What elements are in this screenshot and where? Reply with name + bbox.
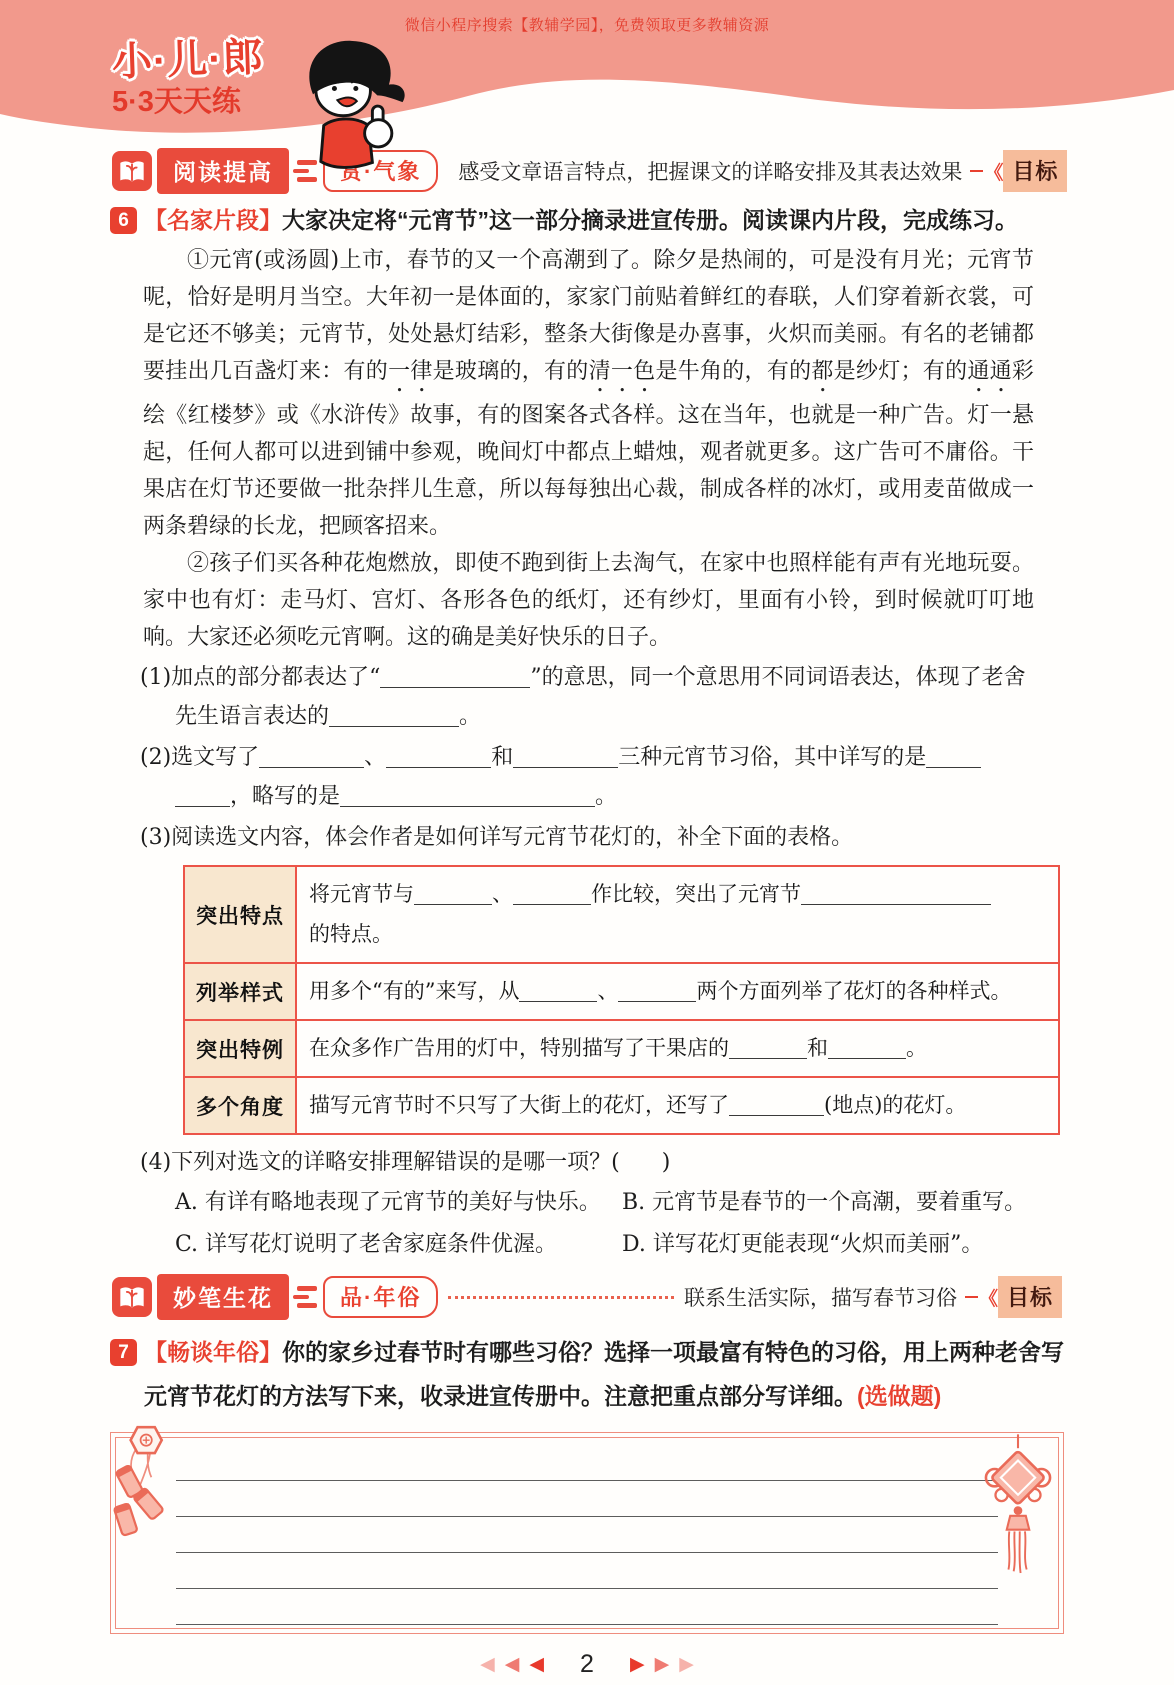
writing-line[interactable] [176,1480,998,1481]
section-header-reading: 阅读提高 赏·气象 感受文章语言特点，把握课文的详略安排及其表达效果 目标 [112,148,1062,194]
top-notice: 微信小程序搜索【教辅学园】，免费领取更多教辅资源 [0,14,1174,35]
blank[interactable] [618,977,696,1002]
blank[interactable] [828,1034,906,1059]
workbook-page: 微信小程序搜索【教辅学园】，免费领取更多教辅资源 小·儿·郎 5·3天天练 [0,0,1174,1685]
brand-name: 小·儿·郎 [111,37,264,82]
connector-bars-icon [293,1286,317,1308]
writing-line[interactable] [176,1624,998,1625]
section-goal: 联系生活实际，描写春节习俗 [684,1282,957,1312]
prev-page-icon [480,1655,495,1674]
emphasized-word: 通通 [967,359,1012,384]
brand-logo: 小·儿·郎 5·3天天练 [112,40,264,117]
optional-note: (选做题) [857,1383,941,1409]
table-row: 突出特点 将元宵节与、作比较，突出了元宵节 的特点。 [184,866,1059,963]
blank[interactable] [513,880,591,905]
question-7-stem: 7【畅谈年俗】你的家乡过春节时有哪些习俗？选择一项最富有特色的习俗，用上两种老舍… [110,1330,1066,1418]
page-footer: 2 [0,1650,1174,1679]
book-icon [112,1277,152,1317]
prev-page-icon [529,1655,544,1674]
blank[interactable] [729,1091,824,1116]
next-page-icon [679,1655,694,1674]
table-row: 列举样式 用多个“有的”来写，从、两个方面列举了花灯的各种样式。 [184,963,1059,1020]
goal-arrow-icon [965,1284,995,1311]
goal-badge: 目标 [998,1276,1062,1318]
row-header: 突出特点 [184,866,296,963]
blank[interactable] [926,743,981,768]
options-row-ab: A. 有详有略地表现了元宵节的美好与快乐。 B. 元宵节是春节的一个高潮，要着重… [175,1182,1064,1224]
table-row: 多个角度 描写元宵节时不只写了大街上的花灯，还写了(地点)的花灯。 [184,1077,1059,1134]
blank[interactable] [414,880,492,905]
goal-badge: 目标 [1003,150,1067,192]
series-name: 5·3天天练 [112,88,264,117]
writing-line[interactable] [176,1588,998,1589]
blank[interactable] [386,743,491,768]
blank[interactable] [175,782,230,807]
emphasized-word: 都 [811,359,833,384]
next-page-icon [655,1655,670,1674]
blank[interactable] [513,743,618,768]
chinese-knot-decoration-icon [979,1429,1057,1587]
writing-line[interactable] [176,1516,998,1517]
row-header: 多个角度 [184,1077,296,1134]
question-7-number: 7 [110,1339,137,1366]
emphasized-word: 清一色 [589,359,656,384]
blank[interactable] [380,663,530,688]
writing-line[interactable] [176,1552,998,1553]
option-b: B. 元宵节是春节的一个高潮，要着重写。 [622,1182,1026,1224]
blank[interactable] [801,880,991,905]
analysis-table: 突出特点 将元宵节与、作比较，突出了元宵节 的特点。 列举样式 用多个“有的”来… [183,865,1060,1135]
options-row-cd: C. 详写花灯说明了老舍家庭条件优渥。 D. 详写花灯更能表现“火炽而美丽”。 [175,1224,1064,1266]
option-a: A. 有详有略地表现了元宵节的美好与快乐。 [175,1182,622,1224]
prev-page-icon [505,1655,520,1674]
sub-question-4: (4)下列对选文的详略安排理解错误的是哪一项？() [140,1143,1064,1182]
blank[interactable] [729,1034,807,1059]
writing-area[interactable] [110,1432,1064,1634]
question-6-number: 6 [110,207,137,234]
dotted-leader [448,1296,674,1299]
section-title: 阅读提高 [157,148,289,194]
firecracker-decoration-icon [103,1421,198,1556]
question-7-label: 【畅谈年俗】 [144,1339,282,1365]
question-6-stem: 6【名家片段】大家决定将“元宵节”这一部分摘录进宣传册。阅读课内片段，完成练习。 [110,204,1066,236]
writing-area-inner[interactable] [115,1437,1059,1629]
blank[interactable] [519,977,597,1002]
option-d: D. 详写花灯更能表现“火炽而美丽”。 [622,1224,983,1266]
page-header: 微信小程序搜索【教辅学园】，免费领取更多教辅资源 小·儿·郎 5·3天天练 [0,0,1174,146]
q4-answer-slot[interactable] [620,1149,662,1169]
sub-question-3: (3)阅读选文内容，体会作者是如何详写元宵节花灯的，补全下面的表格。 [140,818,1064,857]
page-number: 2 [580,1650,594,1679]
row-header: 突出特例 [184,1020,296,1077]
section-tag: 品·年俗 [323,1276,438,1318]
table-row: 突出特例 在众多作广告用的灯中，特别描写了干果店的和。 [184,1020,1059,1077]
blank[interactable] [329,702,459,727]
next-page-icon [630,1655,645,1674]
blank[interactable] [259,743,364,768]
book-icon [112,151,152,191]
section-title: 妙笔生花 [157,1274,289,1320]
option-c: C. 详写花灯说明了老舍家庭条件优渥。 [175,1224,622,1266]
goal-arrow-icon [970,158,1000,185]
question-6-label: 【名家片段】 [144,207,282,233]
row-header: 列举样式 [184,963,296,1020]
reading-passage: ①元宵(或汤圆)上市，春节的又一个高潮到了。除夕是热闹的，可是没有月光；元宵节呢… [143,242,1034,656]
section-header-writing: 妙笔生花 品·年俗 联系生活实际，描写春节习俗 目标 [112,1274,1062,1320]
sub-question-1: (1)加点的部分都表达了“”的意思，同一个意思用不同词语表达，体现了老舍 先生语… [140,658,1064,736]
emphasized-word: 一律 [388,359,433,384]
mascot-boy-icon [286,34,414,180]
section-goal: 感受文章语言特点，把握课文的详略安排及其表达效果 [458,156,962,186]
blank[interactable] [340,782,595,807]
passage-paragraph-2: ②孩子们买各种花炮燃放，即使不跑到街上去淘气，在家中也照样能有声有光地玩耍。家中… [143,545,1034,656]
sub-question-2: (2)选文写了、和三种元宵节习俗，其中详写的是 ，略写的是。 [140,738,1064,816]
passage-paragraph-1: ①元宵(或汤圆)上市，春节的又一个高潮到了。除夕是热闹的，可是没有月光；元宵节呢… [143,242,1034,545]
